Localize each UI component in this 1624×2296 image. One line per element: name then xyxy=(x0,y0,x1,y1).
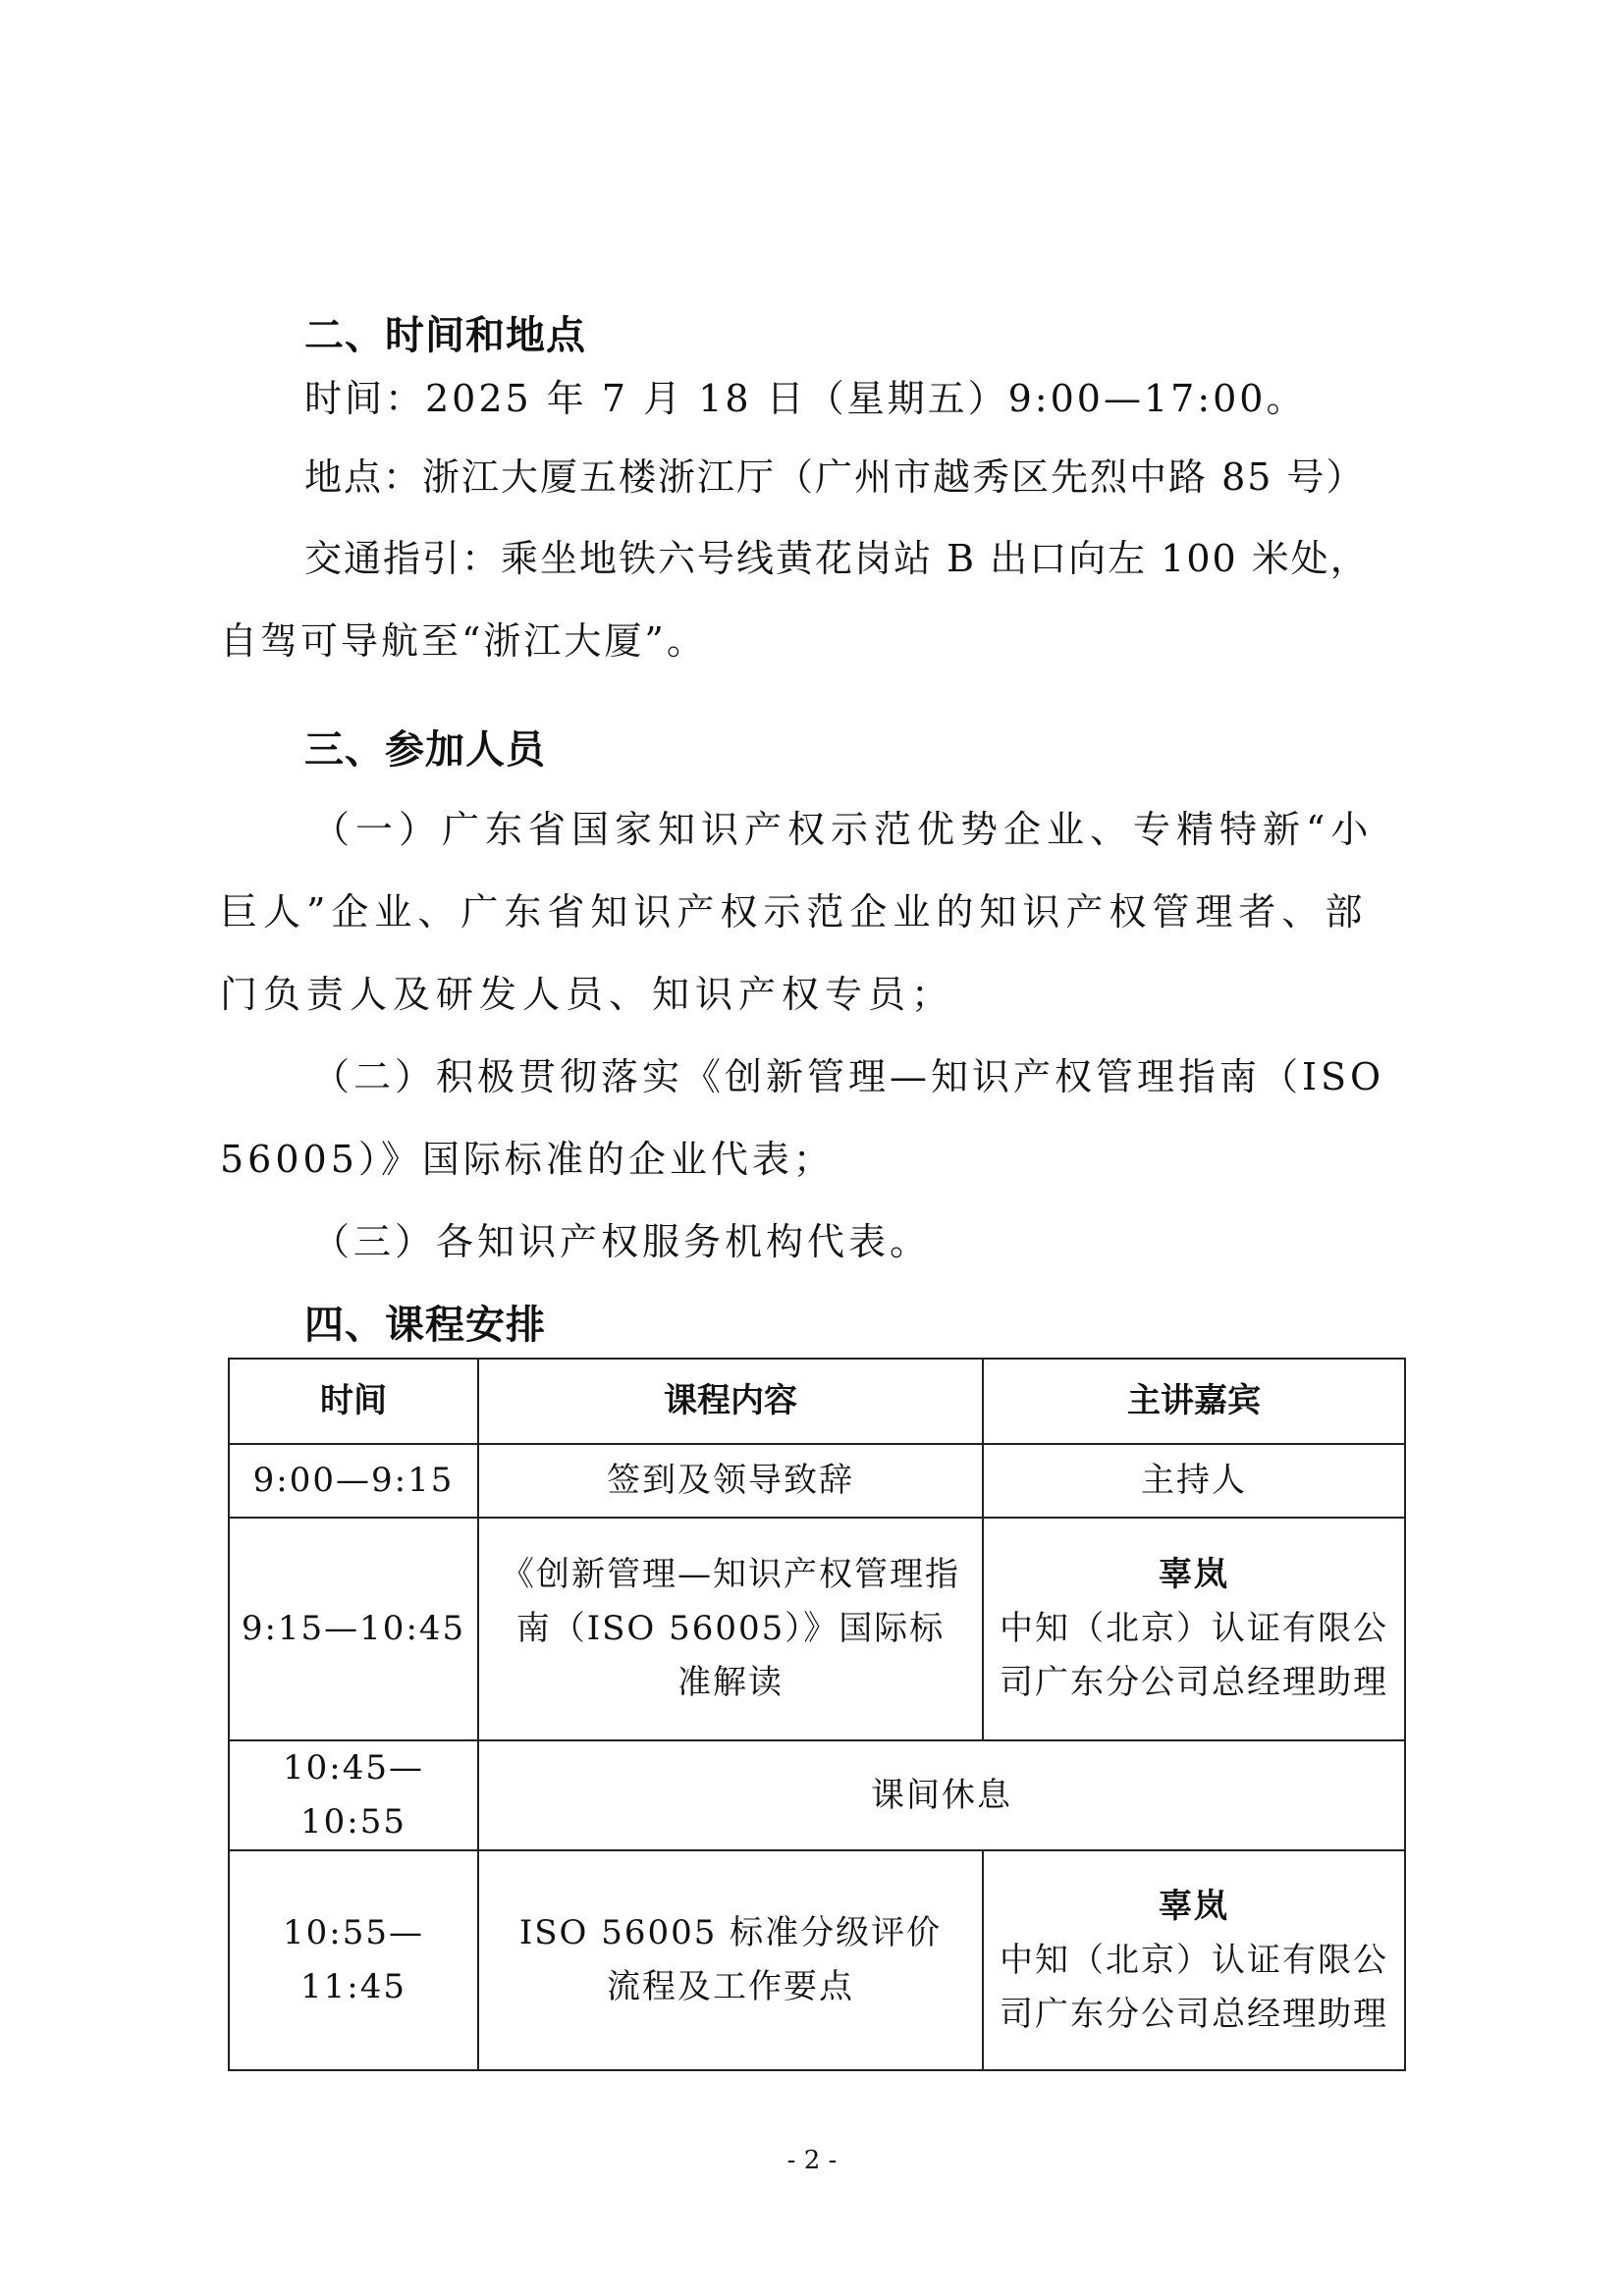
participant-item-2-cont: 56005）》国际标准的企业代表； xyxy=(220,1141,835,1178)
speaker-name: 辜岚 xyxy=(994,1548,1394,1602)
transport-guide-cont: 自驾可导航至“浙江大厦”。 xyxy=(220,622,707,660)
transport-guide: 交通指引：乘坐地铁六号线黄花岗站 B 出口向左 100 米处， xyxy=(304,540,1370,577)
table-row: 10:45—10:55 课间休息 xyxy=(229,1740,1405,1850)
section-heading-participants: 三、参加人员 xyxy=(304,730,546,770)
participant-item-2: （二）积极贯彻落实《创新管理—知识产权管理指南（ISO xyxy=(312,1058,1384,1095)
row-time: 9:00—9:15 xyxy=(229,1444,478,1518)
row-speaker: 辜岚 中知（北京）认证有限公司广东分公司总经理助理 xyxy=(983,1850,1405,2070)
schedule-table: 时间 课程内容 主讲嘉宾 9:00—9:15 签到及领导致辞 主持人 9:15—… xyxy=(228,1358,1406,2071)
row-time: 10:45—10:55 xyxy=(229,1740,478,1850)
section-heading-schedule: 四、课程安排 xyxy=(304,1306,546,1345)
participant-item-1-cont2: 门负责人及研发人员、知识产权专员； xyxy=(220,976,954,1013)
table-header-row: 时间 课程内容 主讲嘉宾 xyxy=(229,1359,1405,1444)
table-row: 9:00—9:15 签到及领导致辞 主持人 xyxy=(229,1444,1405,1518)
header-speaker: 主讲嘉宾 xyxy=(983,1359,1405,1444)
participant-item-1-cont: 巨人”企业、广东省知识产权示范企业的知识产权管理者、部 xyxy=(220,893,1368,931)
row-content: 课间休息 xyxy=(478,1740,1405,1850)
row-time: 10:55—11:45 xyxy=(229,1850,478,2070)
header-content: 课程内容 xyxy=(478,1359,983,1444)
speaker-name: 辜岚 xyxy=(994,1880,1394,1934)
row-time: 9:15—10:45 xyxy=(229,1518,478,1740)
row-content: 《创新管理—知识产权管理指南（ISO 56005）》国际标准解读 xyxy=(478,1518,983,1740)
event-time: 时间：2025 年 7 月 18 日（星期五）9:00—17:00。 xyxy=(304,380,1306,417)
table-row: 9:15—10:45 《创新管理—知识产权管理指南（ISO 56005）》国际标… xyxy=(229,1518,1405,1740)
speaker-title: 中知（北京）认证有限公司广东分公司总经理助理 xyxy=(994,1934,1394,2042)
participant-item-3: （三）各知识产权服务机构代表。 xyxy=(312,1223,931,1260)
section-heading-time-location: 二、时间和地点 xyxy=(304,316,586,355)
header-time: 时间 xyxy=(229,1359,478,1444)
row-content: 签到及领导致辞 xyxy=(478,1444,983,1518)
page-number: - 2 - xyxy=(0,2146,1624,2175)
row-speaker: 主持人 xyxy=(983,1444,1405,1518)
participant-item-1: （一）广东省国家知识产权示范优势企业、专精特新“小 xyxy=(312,811,1374,848)
event-location: 地点：浙江大厦五楼浙江厅（广州市越秀区先烈中路 85 号） xyxy=(304,458,1366,496)
row-speaker: 辜岚 中知（北京）认证有限公司广东分公司总经理助理 xyxy=(983,1518,1405,1740)
speaker-title: 中知（北京）认证有限公司广东分公司总经理助理 xyxy=(994,1602,1394,1710)
table-row: 10:55—11:45 ISO 56005 标准分级评价流程及工作要点 辜岚 中… xyxy=(229,1850,1405,2070)
row-content: ISO 56005 标准分级评价流程及工作要点 xyxy=(478,1850,983,2070)
